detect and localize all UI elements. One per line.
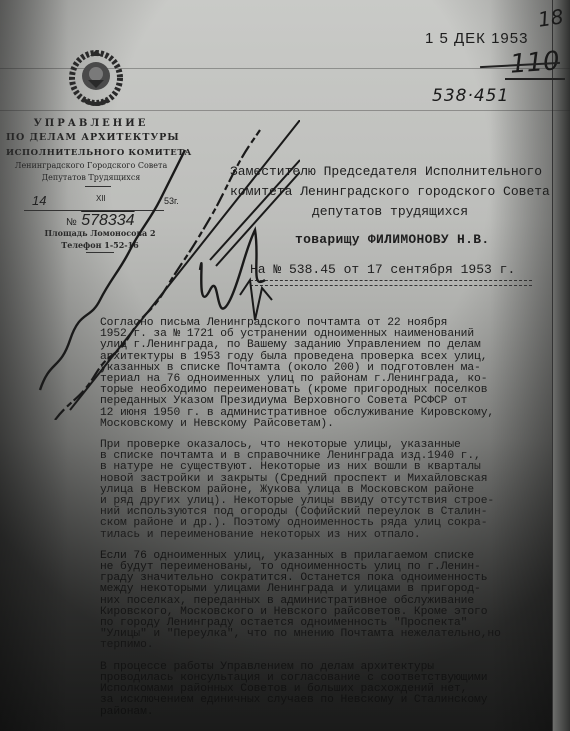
- reference-line: На № 538.45 от 17 сентября 1953 г.: [250, 262, 515, 277]
- letterhead-rule: [85, 186, 111, 187]
- outgoing-month: XII: [96, 194, 106, 203]
- number-prefix: №: [66, 217, 77, 228]
- addressee-line1: Заместителю Председателя Исполнительного: [230, 162, 542, 181]
- letterhead-phone: Телефон 1-52-16: [20, 240, 180, 250]
- fold-line: [0, 110, 570, 111]
- date-line: [24, 210, 164, 211]
- letter-body: Согласно письма Ленинградского почтамта …: [100, 318, 552, 728]
- body-paragraph: Согласно письма Ленинградского почтамта …: [100, 318, 552, 430]
- addressee-name: товарищу ФИЛИМОНОВУ Н.В.: [295, 230, 489, 249]
- addressee-line2: комитета Ленинградского городского Совет…: [230, 182, 550, 201]
- rsfsr-coat-of-arms-icon: [66, 48, 126, 110]
- letterhead-line3: ИСПОЛНИТЕЛЬНОГО КОМИТЕТА: [6, 148, 176, 158]
- body-paragraph: В процессе работы Управлением по делам а…: [100, 662, 552, 718]
- letterhead-line2: ПО ДЕЛАМ АРХИТЕКТУРЫ: [6, 132, 176, 143]
- received-date-stamp: 1 5 ДЕК 1953: [425, 30, 528, 47]
- corner-mark: 18: [536, 4, 565, 31]
- outgoing-day: 14: [32, 193, 46, 208]
- outgoing-year: 53г.: [164, 196, 179, 206]
- letterhead-address: Площадь Ломоносова 2: [20, 228, 180, 238]
- address-rule: [86, 252, 114, 253]
- addressee-line3: депутатов трудящихся: [312, 202, 468, 221]
- letterhead-line4: Ленинградского Городского Совета: [6, 161, 176, 170]
- letterhead-line5: Депутатов Трудящихся: [6, 173, 176, 182]
- number-value: 578334: [81, 212, 134, 229]
- registration-number: 538·451: [432, 86, 509, 106]
- reference-underline: [250, 280, 532, 286]
- letterhead-line1: УПРАВЛЕНИЕ: [6, 118, 176, 129]
- body-paragraph: При проверке оказалось, что некоторые ул…: [100, 440, 552, 541]
- strike-line: [505, 78, 565, 80]
- body-paragraph: Если 76 одноименных улиц, указанных в пр…: [100, 551, 552, 652]
